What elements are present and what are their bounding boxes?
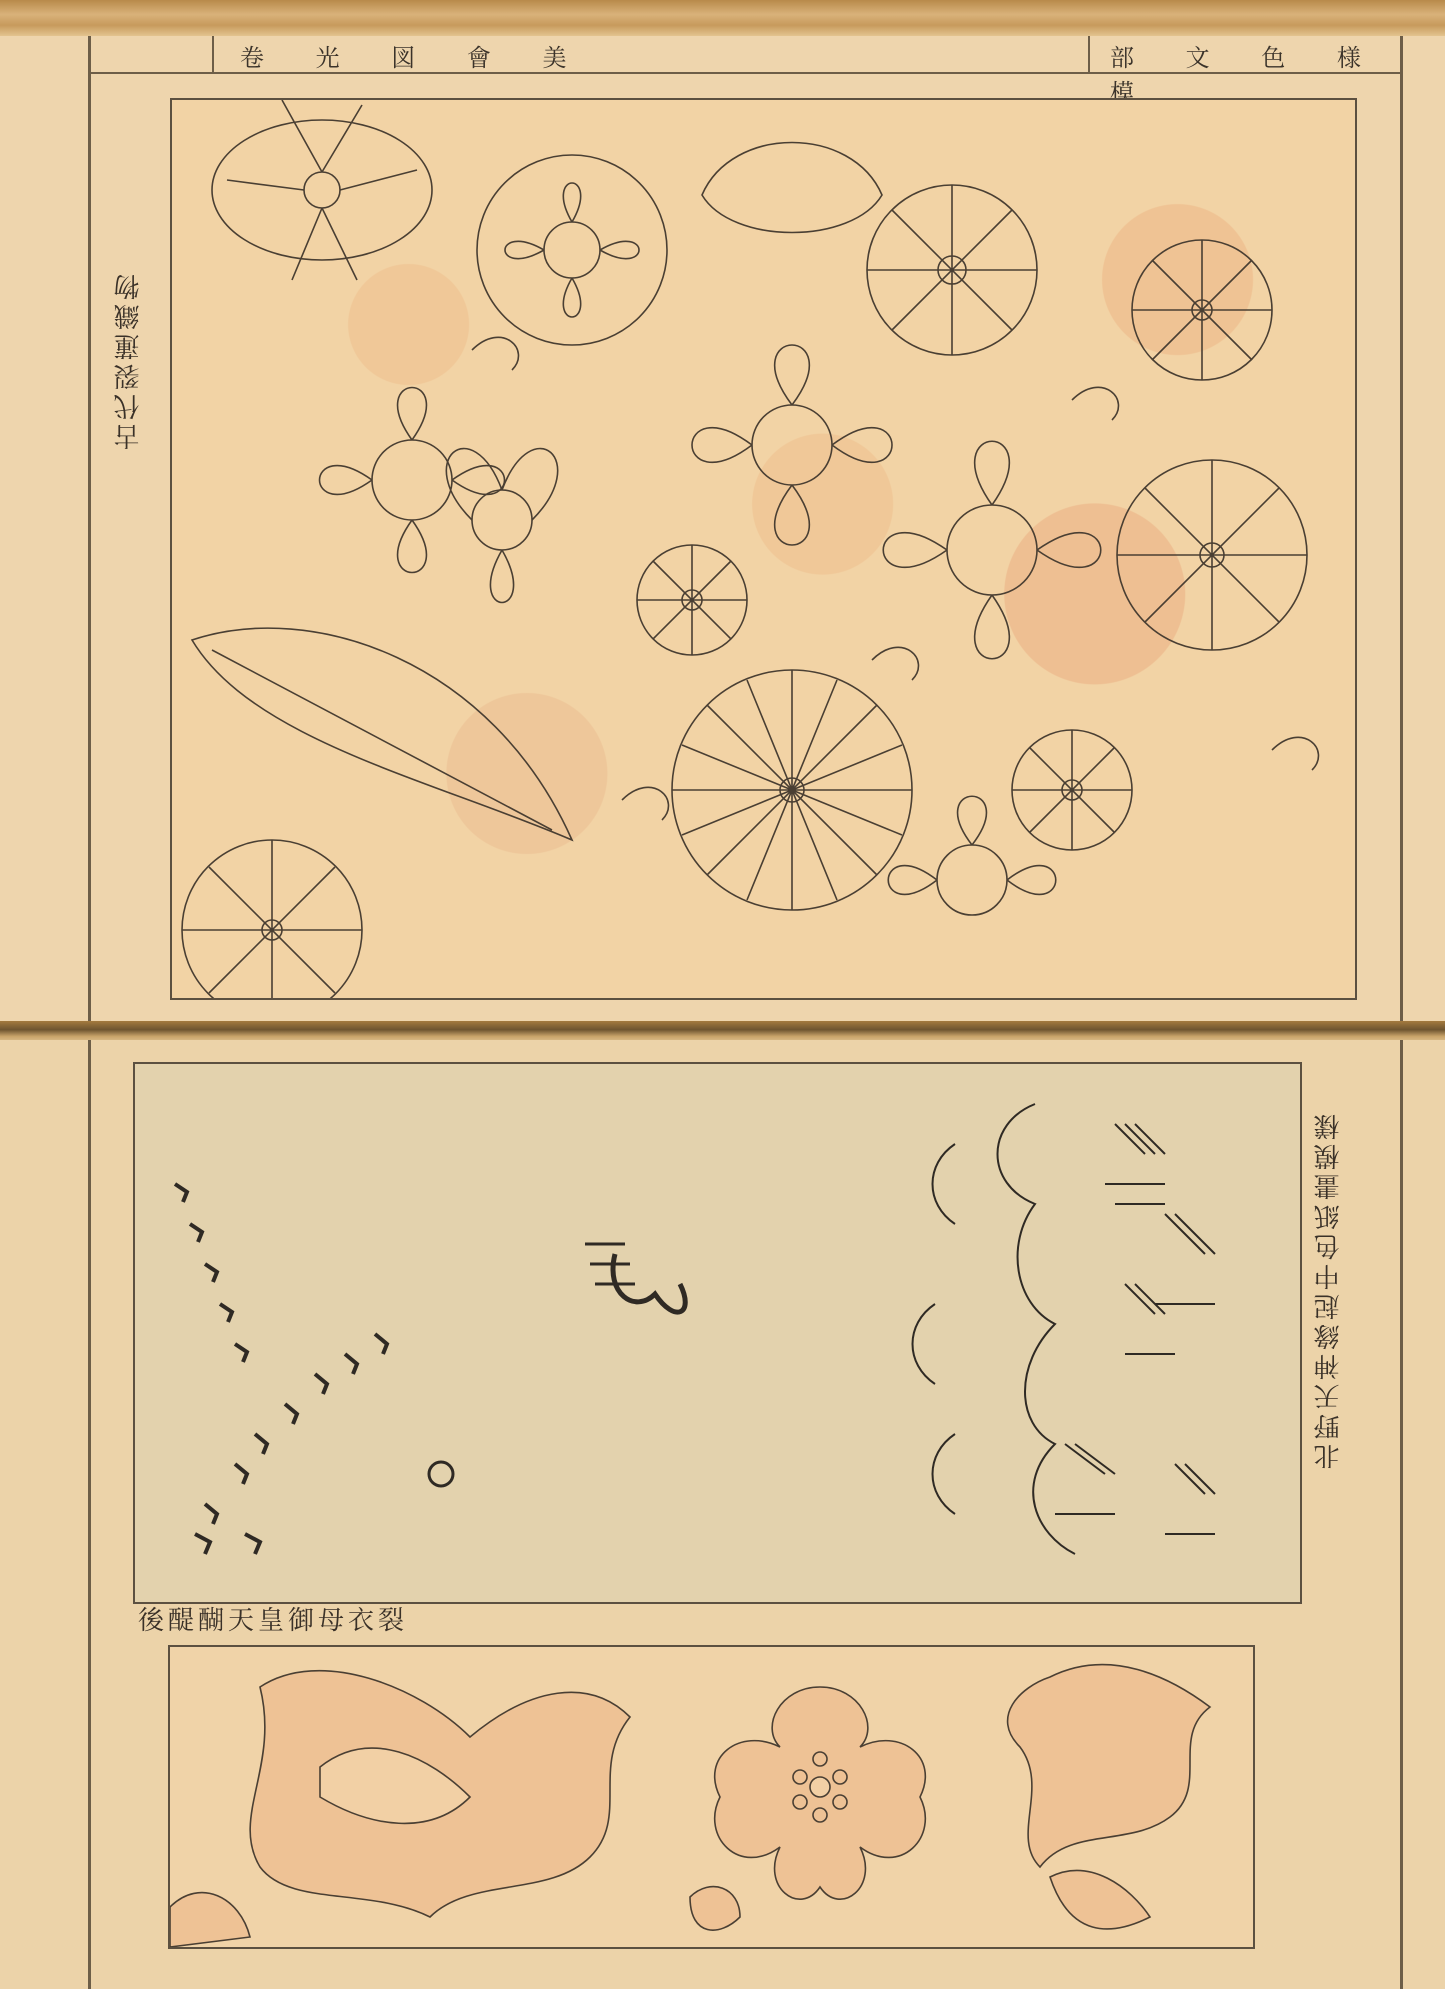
page-border-right — [1400, 36, 1403, 1021]
geese-scene-art — [135, 1064, 1300, 1602]
header-divider-left — [212, 36, 214, 72]
geese-reeds-illustration — [133, 1062, 1302, 1604]
floral-fabric-art — [170, 1647, 1253, 1947]
lotus-caption: 古代裂蓮織物 — [110, 270, 147, 450]
book-top-edge — [0, 0, 1445, 36]
scene-caption: 北野天神緣起中色紙畫模樣 — [1310, 1110, 1347, 1470]
header-divider-right — [1088, 36, 1090, 72]
lotus-textile-illustration — [170, 98, 1357, 1000]
page-border-right — [1400, 1040, 1403, 1989]
page-border-left — [88, 36, 91, 1021]
floral-fabric-illustration — [168, 1645, 1255, 1949]
lotus-pattern-art — [172, 100, 1355, 998]
page-border-left — [88, 1040, 91, 1989]
fabric-caption: 後醍醐天皇御母衣裂 — [138, 1600, 408, 1637]
running-head-left: 卷 光 図 會 美 — [240, 38, 589, 73]
moon-icon — [429, 1462, 453, 1486]
